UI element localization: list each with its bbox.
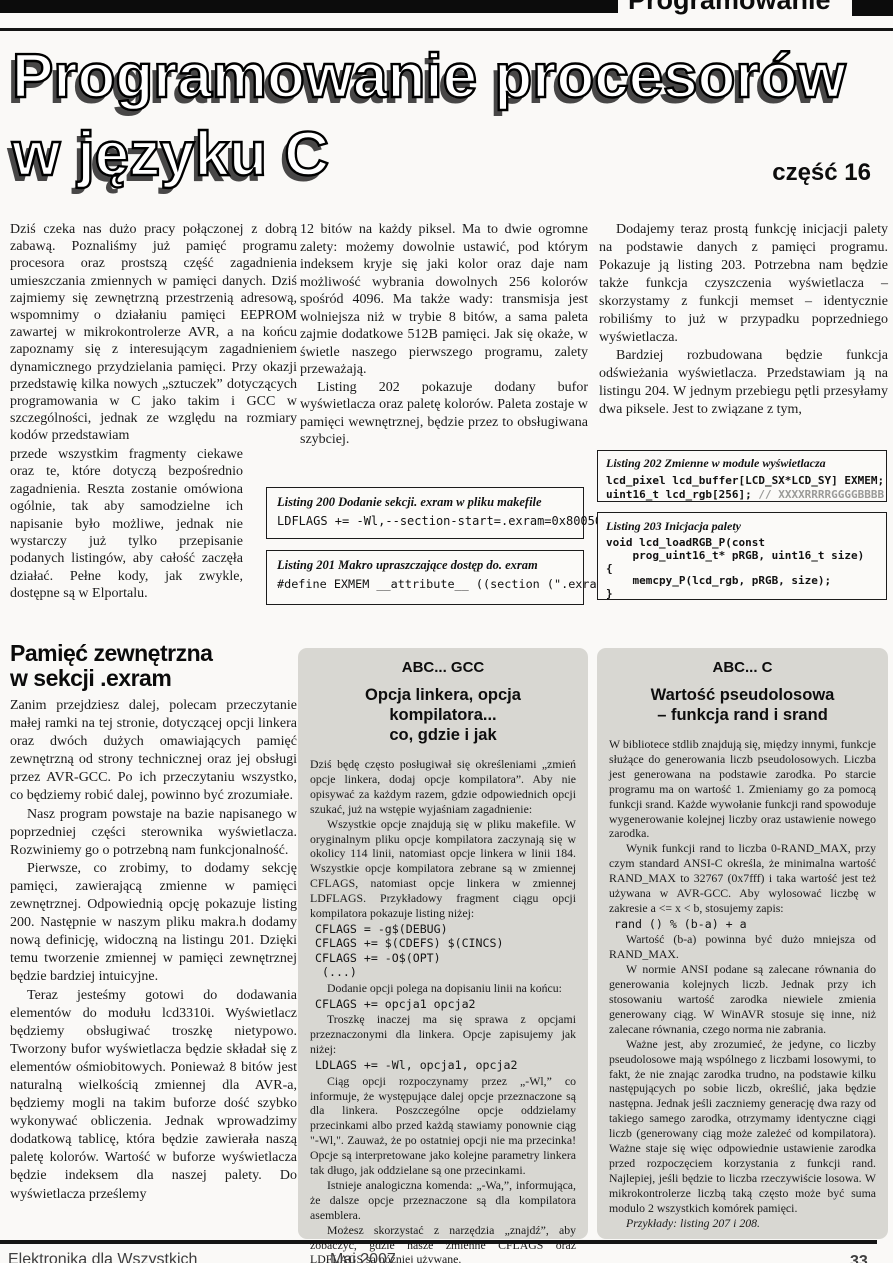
code-block: LDLAGS += -Wl, opcja1, opcja2 xyxy=(315,1058,576,1073)
code-line: uint16_t lcd_rgb[256]; xyxy=(606,488,758,501)
abc-c-body: W bibliotece stdlib znajdują się, między… xyxy=(609,737,876,1231)
paragraph: Wszystkie opcje znajdują się w pliku mak… xyxy=(310,817,576,921)
article-title-line2: w języku C xyxy=(12,122,329,188)
code-block: CFLAGS = -g$(DEBUG) CFLAGS += $(CDEFS) $… xyxy=(315,922,576,980)
paragraph: Zanim przejdziesz dalej, polecam przeczy… xyxy=(10,697,297,806)
column1-section-body: Zanim przejdziesz dalej, polecam przeczy… xyxy=(10,697,297,1204)
footer-rule xyxy=(0,1240,877,1244)
magazine-page: Programowanie Programowanie procesorów w… xyxy=(0,0,893,1263)
section-heading-line1: Pamięć zewnętrzna xyxy=(10,641,212,666)
paragraph: Ważne jest, aby zrozumieć, że jedyne, co… xyxy=(609,1037,876,1216)
header-bar xyxy=(0,0,618,13)
footer-page-number: 33 xyxy=(850,1253,868,1263)
examples-note: Przykłady: listing 207 i 208. xyxy=(609,1216,876,1231)
abc-c-title-line2: – funkcja rand i srand xyxy=(609,705,876,725)
paragraph: Troszkę inaczej ma się sprawa z opcjami … xyxy=(310,1012,576,1057)
paragraph: Dziś będę często posługiwał się określen… xyxy=(310,757,576,817)
abc-gcc-kicker: ABC... GCC xyxy=(310,659,576,676)
code-comment: // XXXXRRRRGGGGBBBB xyxy=(758,488,884,501)
column2-body: 12 bitów na każdy piksel. Ma to dwie ogr… xyxy=(300,221,588,449)
paragraph: Pierwsze, co zrobimy, to dodamy sekcję p… xyxy=(10,860,297,987)
abc-gcc-box: ABC... GCC Opcja linkera, opcja kompilat… xyxy=(298,648,588,1239)
column1-paragraph-top: Dziś czeka nas dużo pracy połączonej z d… xyxy=(10,221,297,445)
listing-202-frame: Listing 202 Zmienne w module wyświetlacz… xyxy=(597,450,887,502)
article-title-line1: Programowanie procesorów xyxy=(12,44,846,110)
article-part-label: część 16 xyxy=(772,159,871,187)
header-square xyxy=(852,0,893,16)
listing-202-code: lcd_pixel lcd_buffer[LCD_SX*LCD_SY] EXME… xyxy=(606,474,878,501)
listing-201-title: Listing 201 Makro upraszczające dostęp d… xyxy=(277,558,573,572)
paragraph: 12 bitów na każdy piksel. Ma to dwie ogr… xyxy=(300,221,588,379)
header-rule xyxy=(0,28,893,31)
abc-gcc-title-line2: co, gdzie i jak xyxy=(310,725,576,745)
abc-c-box: ABC... C Wartość pseudolosowa – funkcja … xyxy=(597,648,888,1239)
section-heading: Pamięć zewnętrzna w sekcji .exram xyxy=(10,641,212,691)
section-heading-line2: w sekcji .exram xyxy=(10,666,212,691)
listing-203-frame: Listing 203 Inicjacja palety void lcd_lo… xyxy=(597,512,887,600)
paragraph: Dodajemy teraz prostą funkcję inicjacji … xyxy=(599,221,888,347)
code-block: rand () % (b-a) + a xyxy=(614,917,876,932)
listing-203-code: void lcd_loadRGB_P(const prog_uint16_t* … xyxy=(606,537,878,601)
column1-paragraph-narrow: przede wszystkim fragmenty ciekawe oraz … xyxy=(10,446,243,603)
code-block: CFLAGS += opcja1 opcja2 xyxy=(315,997,576,1012)
footer-magazine-name: Elektronika dla Wszystkich xyxy=(8,1251,197,1263)
paragraph: W bibliotece stdlib znajdują się, między… xyxy=(609,737,876,841)
paragraph: Wynik funkcji rand to liczba 0-RAND_MAX,… xyxy=(609,841,876,916)
paragraph: Listing 202 pokazuje dodany bufor wyświe… xyxy=(300,379,588,449)
footer-issue-date: Maj 2007 xyxy=(330,1251,396,1263)
listing-201-frame: Listing 201 Makro upraszczające dostęp d… xyxy=(266,550,584,605)
paragraph: Dodanie opcji polega na dopisaniu linii … xyxy=(310,981,576,996)
paragraph: Wartość (b-a) powinna być dużo mniejsza … xyxy=(609,932,876,962)
listing-200-frame: Listing 200 Dodanie sekcji. exram w plik… xyxy=(266,487,584,539)
listing-201-code: #define EXMEM __attribute__ ((section ("… xyxy=(277,578,573,592)
abc-gcc-body: Dziś będę często posługiwał się określen… xyxy=(310,757,576,1263)
abc-c-kicker: ABC... C xyxy=(609,659,876,676)
paragraph: Teraz jesteśmy gotowi do dodawania eleme… xyxy=(10,987,297,1204)
abc-c-title-line1: Wartość pseudolosowa xyxy=(609,685,876,705)
code-line: lcd_pixel lcd_buffer[LCD_SX*LCD_SY] EXME… xyxy=(606,474,884,487)
listing-200-code: LDFLAGS += -Wl,--section-start=.exram=0x… xyxy=(277,515,573,529)
listing-203-title: Listing 203 Inicjacja palety xyxy=(606,519,878,533)
listing-202-title: Listing 202 Zmienne w module wyświetlacz… xyxy=(606,456,878,470)
abc-gcc-title: Opcja linkera, opcja kompilatora... co, … xyxy=(310,685,576,745)
section-label: Programowanie xyxy=(628,0,831,14)
paragraph: W normie ANSI podane są zalecane równani… xyxy=(609,962,876,1037)
abc-gcc-title-line1: Opcja linkera, opcja kompilatora... xyxy=(310,685,576,725)
listing-200-title: Listing 200 Dodanie sekcji. exram w plik… xyxy=(277,495,573,509)
paragraph: Ciąg opcji rozpoczynamy przez „-Wl,” co … xyxy=(310,1074,576,1178)
paragraph: Bardziej rozbudowana będzie funkcja odśw… xyxy=(599,347,888,419)
abc-c-title: Wartość pseudolosowa – funkcja rand i sr… xyxy=(609,685,876,725)
paragraph: Istnieje analogiczna komenda: „-Wa,”, in… xyxy=(310,1178,576,1223)
paragraph: Nasz program powstaje na bazie napisaneg… xyxy=(10,806,297,860)
column3-body: Dodajemy teraz prostą funkcję inicjacji … xyxy=(599,221,888,419)
